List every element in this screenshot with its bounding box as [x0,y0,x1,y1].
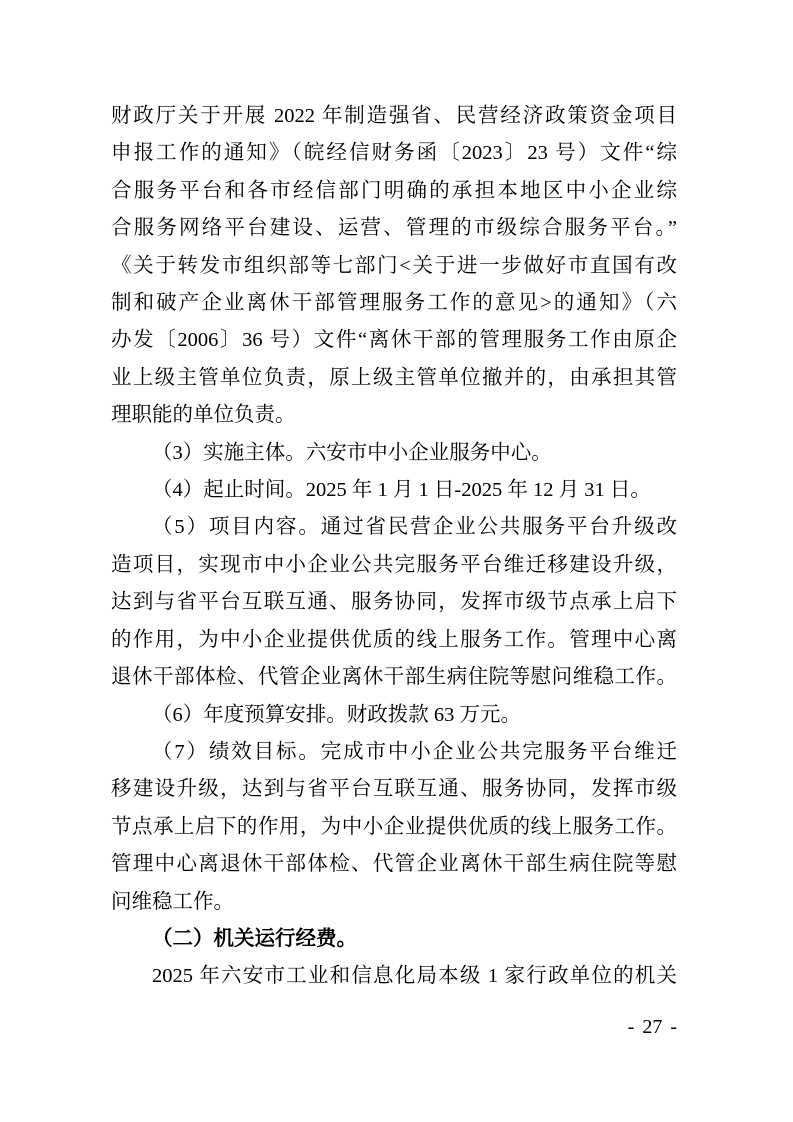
text-line: 移建设升级，达到与省平台互联互通、服务协同，发挥市级 [111,771,677,808]
text-line: 财政厅关于开展 2022 年制造强省、民营经济政策资金项目 [111,98,677,135]
document-body: 财政厅关于开展 2022 年制造强省、民营经济政策资金项目申报工作的通知》（皖经… [111,98,677,996]
text-line: 《关于转发市组织部等七部门<关于进一步做好市直国有改 [111,248,677,285]
text-line: （7）绩效目标。完成市中小企业公共完服务平台维迁 [111,734,677,771]
text-line: 的作用，为中小企业提供优质的线上服务工作。管理中心离 [111,622,677,659]
text-line: 合服务平台和各市经信部门明确的承担本地区中小企业综 [111,173,677,210]
text-line: （5）项目内容。通过省民营企业公共服务平台升级改 [111,509,677,546]
text-line: 办发〔2006〕36 号）文件“离休干部的管理服务工作由原企 [111,322,677,359]
text-line: 造项目，实现市中小企业公共完服务平台维迁移建设升级， [111,547,677,584]
text-line: 问维稳工作。 [111,884,677,921]
text-line: 业上级主管单位负责，原上级主管单位撤并的，由承担其管 [111,360,677,397]
text-line: 理职能的单位负责。 [111,397,677,434]
text-line: 达到与省平台互联互通、服务协同，发挥市级节点承上启下 [111,584,677,621]
document-page: 财政厅关于开展 2022 年制造强省、民营经济政策资金项目申报工作的通知》（皖经… [0,0,793,1122]
text-line: （6）年度预算安排。财政拨款 63 万元。 [111,697,677,734]
text-line: 管理中心离退休干部体检、代管企业离休干部生病住院等慰 [111,846,677,883]
text-line: 退休干部体检、代管企业离休干部生病住院等慰问维稳工作。 [111,659,677,696]
section-heading: （二）机关运行经费。 [111,921,677,958]
text-line: 合服务网络平台建设、运营、管理的市级综合服务平台。” [111,210,677,247]
text-line: 制和破产企业离休干部管理服务工作的意见>的通知》（六 [111,285,677,322]
page-number: - 27 - [500,1016,677,1039]
text-line: 节点承上启下的作用，为中小企业提供优质的线上服务工作。 [111,809,677,846]
text-line: 2025 年六安市工业和信息化局本级 1 家行政单位的机关 [111,958,677,995]
text-line: 申报工作的通知》（皖经信财务函〔2023〕23 号）文件“综 [111,135,677,172]
text-line: （3）实施主体。六安市中小企业服务中心。 [111,435,677,472]
text-line: （4）起止时间。2025 年 1 月 1 日-2025 年 12 月 31 日。 [111,472,677,509]
